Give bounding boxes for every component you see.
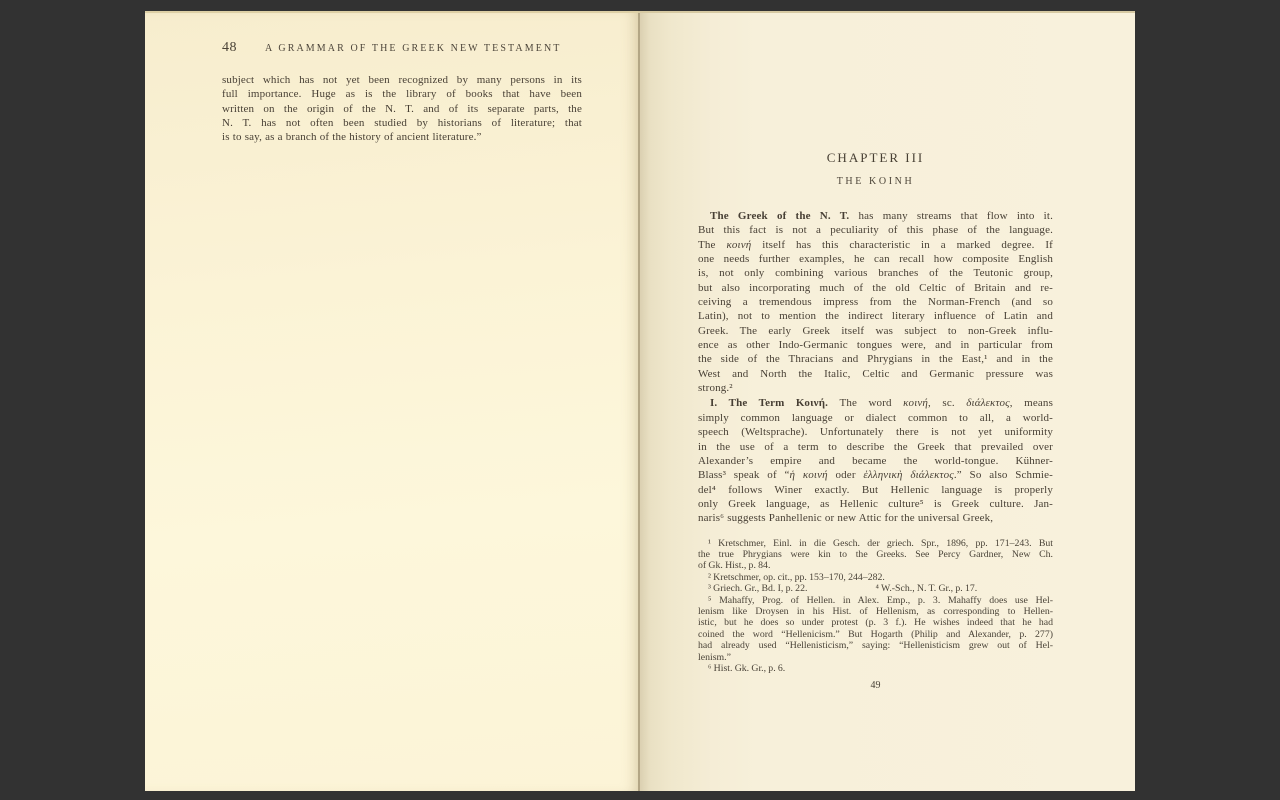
footnotes-block: ¹ Kretschmer, Einl. in die Gesch. der gr… — [698, 538, 1053, 675]
text-line: had already used “Hellenisticism,” sayin… — [698, 640, 1053, 651]
text-line: Blass³ speak of “ἡ κοινή oder ἑλληνικὴ δ… — [698, 468, 1053, 482]
text-line: Latin), not to mention the indirect lite… — [698, 309, 1053, 323]
text-line: Greek. The early Greek itself was subjec… — [698, 324, 1053, 338]
text-line: ceiving a tremendous impress from the No… — [698, 295, 1053, 309]
text-line: one needs further examples, he can recal… — [698, 252, 1053, 266]
text-line: the true Phrygians were kin to the Greek… — [698, 549, 1053, 560]
footnote-2: ² Kretschmer, op. cit., pp. 153–170, 244… — [698, 572, 1053, 583]
canvas-background: { "colors":{ "canvas_bg":"#323232", "lef… — [0, 0, 1280, 800]
paragraph-1: The Greek of the N. T. has many streams … — [698, 209, 1053, 395]
text-line: strong.² — [698, 381, 1053, 395]
text-line: is to say, as a branch of the history of… — [222, 130, 582, 144]
text-line: N. T. has not often been studied by hist… — [222, 116, 582, 130]
right-page-content: CHAPTER III THE KOINH The Greek of the N… — [698, 13, 1053, 691]
text-line: coined the word “Hellenicism.” But Hogar… — [698, 629, 1053, 640]
left-body-paragraph: subject which has not yet been recognize… — [222, 73, 582, 145]
footnote-4: ⁴ W.-Sch., N. T. Gr., p. 17. — [876, 583, 978, 594]
text-line: in the use of a term to describe the Gre… — [698, 440, 1053, 454]
book-spread: 48 A GRAMMAR OF THE GREEK NEW TESTAMENT … — [145, 11, 1135, 789]
footnote-1: ¹ Kretschmer, Einl. in die Gesch. der gr… — [698, 538, 1053, 572]
text-line: istic, but he does so under protest (p. … — [698, 617, 1053, 628]
paragraph-1-first-rest: has many streams that flow into it. — [858, 210, 1053, 222]
text-line: simply common language or dialect common… — [698, 411, 1053, 425]
footnote-3: ³ Griech. Gr., Bd. I, p. 22. — [698, 583, 807, 594]
text-line: ence as other Indo-Germanic tongues were… — [698, 338, 1053, 352]
paragraph-1-first-line: The Greek of the N. T. has many streams … — [698, 209, 1053, 223]
text-line: is, not only combining various branches … — [698, 266, 1053, 280]
paragraph-2-first-rest: The word κοινή, sc. διάλεκτος, means — [839, 397, 1053, 409]
text-line: of Gk. Hist., p. 84. — [698, 560, 1053, 571]
text-line: subject which has not yet been recognize… — [222, 73, 582, 87]
paragraph-1-lead: The Greek of the N. T. — [710, 210, 849, 222]
running-head: 48 A GRAMMAR OF THE GREEK NEW TESTAMENT — [222, 40, 582, 56]
footnote-3-4-row: ³ Griech. Gr., Bd. I, p. 22. ⁴ W.-Sch., … — [698, 583, 1053, 594]
paragraph-2: I. The Term Κοινή. The word κοινή, sc. δ… — [698, 396, 1053, 525]
paragraph-1-lines: But this fact is not a peculiarity of th… — [698, 223, 1053, 395]
footnote-5: ⁵ Mahaffy, Prog. of Hellen. in Alex. Emp… — [698, 595, 1053, 663]
text-line: full importance. Huge as is the library … — [222, 87, 582, 101]
text-line: speech (Weltsprache). Unfortunately ther… — [698, 425, 1053, 439]
text-line: del⁴ follows Winer exactly. But Hellenic… — [698, 483, 1053, 497]
text-line: West and North the Italic, Celtic and Ge… — [698, 367, 1053, 381]
text-line: the side of the Thracians and Phrygians … — [698, 352, 1053, 366]
text-line: written on the origin of the N. T. and o… — [222, 102, 582, 116]
left-page: 48 A GRAMMAR OF THE GREEK NEW TESTAMENT … — [145, 11, 638, 791]
footnote-6: ⁶ Hist. Gk. Gr., p. 6. — [698, 663, 1053, 674]
paragraph-2-lead: I. The Term Κοινή. — [710, 397, 828, 409]
chapter-heading: CHAPTER III — [698, 150, 1053, 165]
text-line: ⁵ Mahaffy, Prog. of Hellen. in Alex. Emp… — [698, 595, 1053, 606]
paragraph-2-first-line: I. The Term Κοινή. The word κοινή, sc. δ… — [698, 396, 1053, 410]
text-line: naris⁶ suggests Panhellenic or new Attic… — [698, 511, 1053, 525]
text-line: But this fact is not a peculiarity of th… — [698, 223, 1053, 237]
text-line: Alexander’s empire and became the world-… — [698, 454, 1053, 468]
left-page-content: 48 A GRAMMAR OF THE GREEK NEW TESTAMENT … — [222, 40, 582, 145]
text-line: but also incorporating much of the old C… — [698, 281, 1053, 295]
text-line: only Greek language, as Hellenic culture… — [698, 497, 1053, 511]
text-line: lenism.” — [698, 652, 1053, 663]
text-line: lenism like Droysen in his Hist. of Hell… — [698, 606, 1053, 617]
chapter-subtitle: THE KOINH — [698, 176, 1053, 188]
paragraph-2-lines: simply common language or dialect common… — [698, 411, 1053, 526]
running-title: A GRAMMAR OF THE GREEK NEW TESTAMENT — [265, 43, 561, 54]
text-line: The κοινή itself has this characteristic… — [698, 238, 1053, 252]
page-number-left: 48 — [222, 40, 237, 56]
page-number-right: 49 — [698, 680, 1053, 691]
text-line: ¹ Kretschmer, Einl. in die Gesch. der gr… — [698, 538, 1053, 549]
right-page: CHAPTER III THE KOINH The Greek of the N… — [638, 11, 1135, 791]
